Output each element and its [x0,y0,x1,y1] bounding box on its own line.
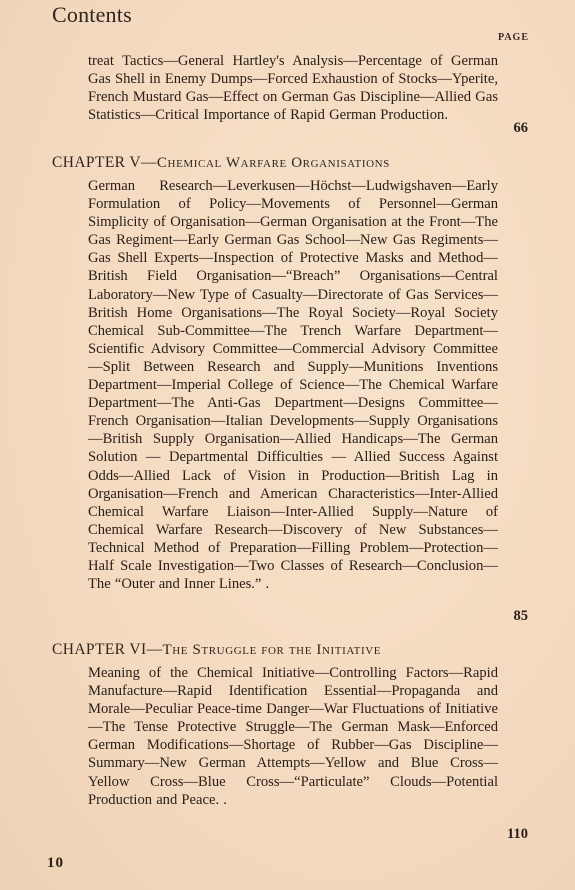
entry-summary: treat Tactics—General Hartley's Analysis… [88,52,498,124]
chapter-label: CHAPTER V— [52,154,157,171]
entry-summary: Meaning of the Chemical Initiative—Contr… [88,664,498,809]
chapter-title: Chemical Warfare Organisations [157,155,390,171]
folio-page-number: 10 [47,855,64,872]
entry-summary: German Research—Leverkusen—Höchst—Ludwig… [88,177,498,593]
page-column-label: PAGE [498,32,529,43]
chapter-heading[interactable]: CHAPTER VI—The Struggle for the Initiati… [52,641,381,659]
running-head: Contents [52,2,132,28]
page-number: 110 [507,826,528,843]
page-number: 85 [514,608,529,625]
chapter-heading[interactable]: CHAPTER V—Chemical Warfare Organisations [52,154,390,172]
chapter-title: The Struggle for the Initiative [162,642,381,658]
page-number: 66 [514,120,529,137]
chapter-label: CHAPTER VI— [52,641,162,658]
